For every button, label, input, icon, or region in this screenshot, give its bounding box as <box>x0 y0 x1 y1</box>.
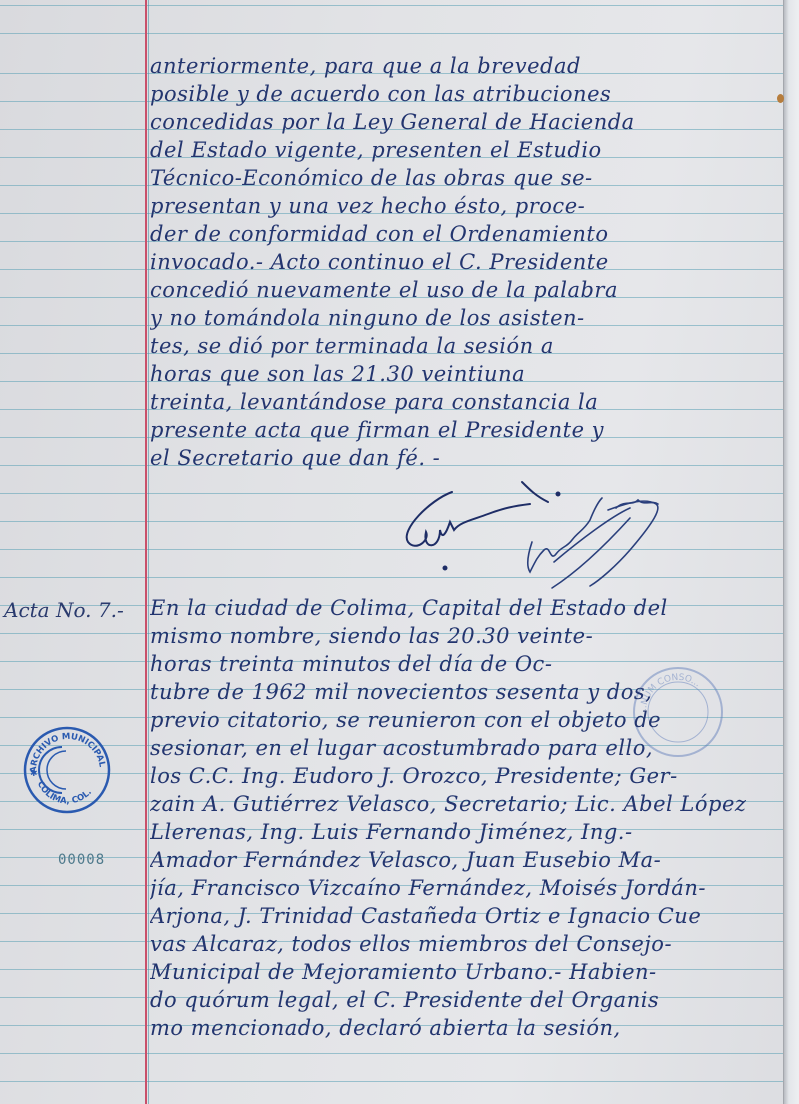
text-line: mo mencionado, declaró abierta la sesión… <box>150 1016 780 1044</box>
text-line: En la ciudad de Colima, Capital del Esta… <box>150 596 780 624</box>
text-line: del Estado vigente, presenten el Estudio <box>150 138 780 166</box>
archive-stamp: ARCHIVO MUNICIPAL COLIMA, COL. ✱ <box>22 725 112 815</box>
star-icon: ✱ <box>30 769 38 779</box>
text-line: zain A. Gutiérrez Velasco, Secretario; L… <box>150 792 780 820</box>
signature-secretary <box>528 498 658 588</box>
text-line: y no tomándola ninguno de los asisten- <box>150 306 780 334</box>
text-line: treinta, levantándose para constancia la <box>150 390 780 418</box>
page-edge <box>783 0 799 1104</box>
text-line: posible y de acuerdo con las atribucione… <box>150 82 780 110</box>
page-number: 00008 <box>58 852 105 868</box>
text-line: Técnico-Económico de las obras que se- <box>150 166 780 194</box>
text-line: Llerenas, Ing. Luis Fernando Jiménez, In… <box>150 820 780 848</box>
text-line: horas que son las 21.30 veintiuna <box>150 362 780 390</box>
margin-line <box>145 0 147 1104</box>
margin-line-secondary <box>148 0 149 1104</box>
text-line: mismo nombre, siendo las 20.30 veinte- <box>150 624 780 652</box>
text-line: anteriormente, para que a la brevedad <box>150 54 780 82</box>
text-line: sesionar, en el lugar acostumbrado para … <box>150 736 780 764</box>
svg-text:COLIMA, COL.: COLIMA, COL. <box>35 780 94 807</box>
text-line: der de conformidad con el Ordenamiento <box>150 222 780 250</box>
text-line: horas treinta minutos del día de Oc- <box>150 652 780 680</box>
act-number-label: Acta No. 7.- <box>4 598 124 622</box>
signatures <box>380 470 680 590</box>
signature-president <box>407 482 560 570</box>
text-line: tubre de 1962 mil novecientos sesenta y … <box>150 680 780 708</box>
text-line: Municipal de Mejoramiento Urbano.- Habie… <box>150 960 780 988</box>
text-line: presentan y una vez hecho ésto, proce- <box>150 194 780 222</box>
text-line: concedidas por la Ley General de Haciend… <box>150 110 780 138</box>
text-line: tes, se dió por terminada la sesión a <box>150 334 780 362</box>
text-line: invocado.- Acto continuo el C. President… <box>150 250 780 278</box>
text-line: presente acta que firman el Presidente y <box>150 418 780 446</box>
text-line: do quórum legal, el C. Presidente del Or… <box>150 988 780 1016</box>
text-line: Arjona, J. Trinidad Castañeda Ortiz e Ig… <box>150 904 780 932</box>
text-line: los C.C. Ing. Eudoro J. Orozco, Presiden… <box>150 764 780 792</box>
text-line: jía, Francisco Vizcaíno Fernández, Moisé… <box>150 876 780 904</box>
text-line: concedió nuevamente el uso de la palabra <box>150 278 780 306</box>
act-7-text: En la ciudad de Colima, Capital del Esta… <box>150 596 780 1044</box>
previous-act-text: anteriormente, para que a la brevedad po… <box>150 54 780 474</box>
text-line: previo citatorio, se reunieron con el ob… <box>150 708 780 736</box>
text-line: vas Alcaraz, todos ellos miembros del Co… <box>150 932 780 960</box>
stamp-text-bottom: COLIMA, COL. <box>35 780 94 807</box>
text-line: Amador Fernández Velasco, Juan Eusebio M… <box>150 848 780 876</box>
